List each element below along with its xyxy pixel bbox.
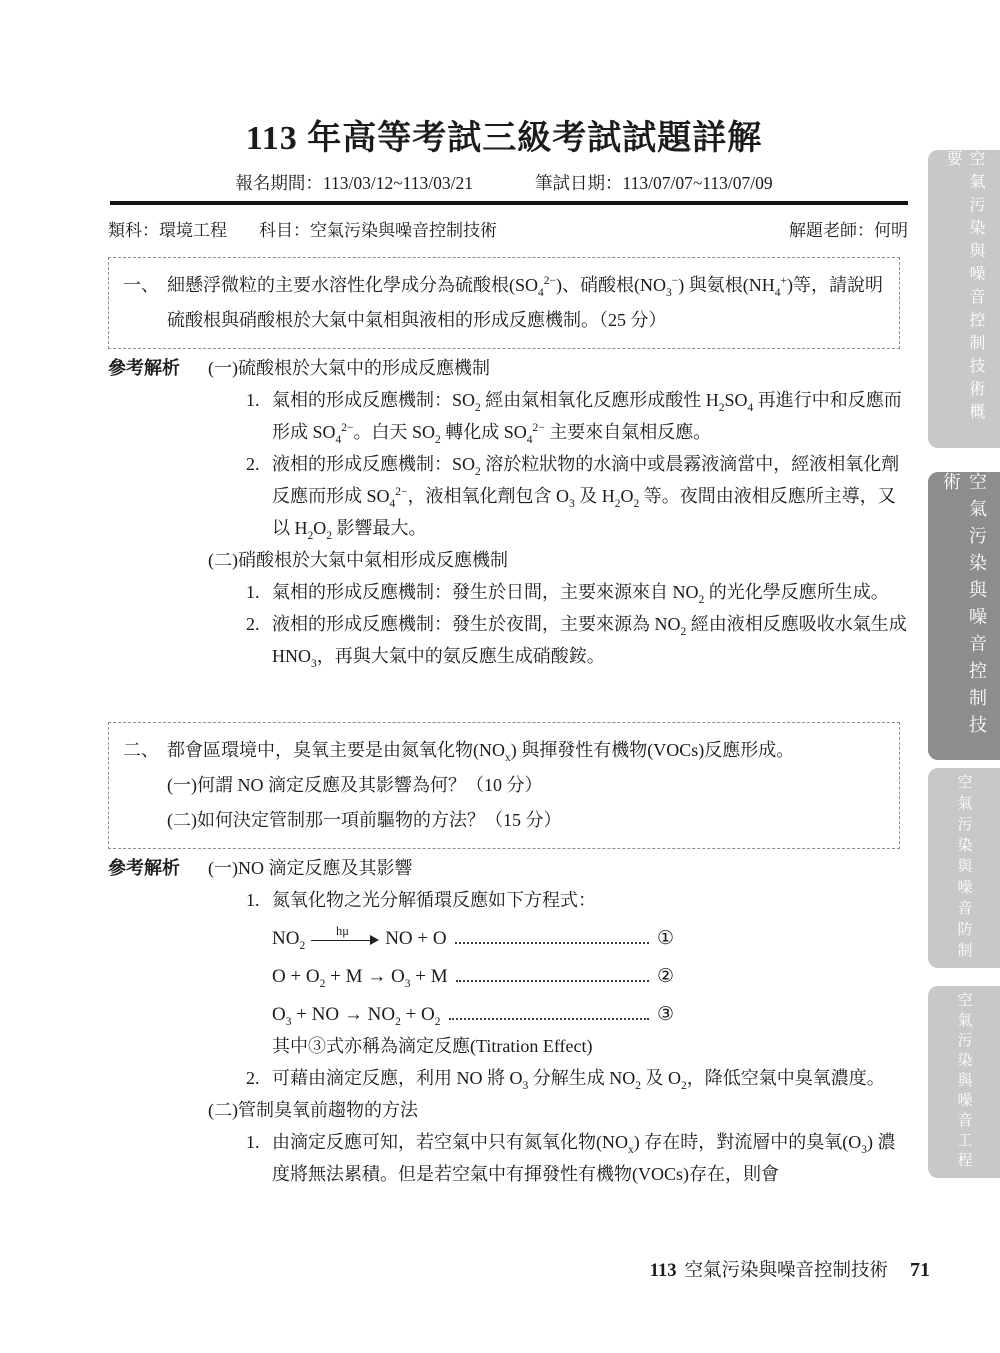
solution-label: 參考解析 [108,852,208,1190]
equation-number: ③ [657,1000,674,1030]
solution-item: 2. 可藉由滴定反應，利用 NO 將 O3 分解生成 NO2 及 O2，降低空氣… [246,1062,908,1094]
solution-item: 1. 氣相的形成反應機制：SO2 經由氣相氧化反應形成酸性 H2SO4 再進行中… [246,384,908,448]
equation-number: ② [657,962,674,992]
question-1: 一、 細懸浮微粒的主要水溶性化學成分為硫酸根(SO42−)、硝酸根(NO3−) … [123,268,887,338]
item-number: 2. [246,448,272,544]
footer-subject: 空氣污染與噪音控制技術 [684,1256,888,1282]
solution-item: 1. 氮氧化物之光分解循環反應如下方程式： [246,884,908,916]
question-2-sub-2: (二)如何決定管制那一項前驅物的方法？（15 分） [167,803,887,838]
item-number: 2. [246,1062,272,1094]
subject-label: 科目：空氣污染與噪音控制技術 [259,216,497,241]
equation-number: ① [657,924,674,954]
question-2-text-block: 都會區環境中，臭氧主要是由氮氧化物(NOx) 與揮發性有機物(VOCs)反應形成… [167,733,887,838]
question-2-sub-1: (一)何謂 NO 滴定反應及其影響為何？（10 分） [167,768,887,803]
sidebar-tab-air-pollution-noise-control-tech-outline: 空氣污染與噪音控制技術概要 [928,150,1000,448]
solution-1-part-1-heading: (一)硫酸根於大氣中的形成反應機制 [208,352,908,384]
page-number: 71 [910,1259,930,1282]
equation-2: O + O2 + M → O3 + M ② [272,954,674,992]
meta-row: 類科：環境工程 科目：空氣污染與噪音控制技術 解題老師：何明 [108,216,908,241]
solution-item: 1. 由滴定反應可知，若空氣中只有氮氧化物(NOx) 存在時，對流層中的臭氧(O… [246,1126,908,1190]
sidebar-tab-air-pollution-noise-engineering: 空氣污染與噪音工程 [928,986,1000,1178]
question-2: 二、 都會區環境中，臭氧主要是由氮氧化物(NOx) 與揮發性有機物(VOCs)反… [123,733,887,838]
sidebar-tab-air-pollution-noise-prevention: 空氣污染與噪音防制 [928,768,1000,968]
item-number: 2. [246,608,272,672]
exam-dates-row: 報名期間：113/03/12~113/03/21 筆試日期：113/07/07~… [100,170,908,195]
item-text: 液相的形成反應機制：SO2 溶於粒狀物的水滴中或晨霧液滴當中，經液相氧化劑反應而… [272,448,908,544]
header-divider [110,201,908,205]
solution-2: 參考解析 (一)NO 滴定反應及其影響 1. 氮氧化物之光分解循環反應如下方程式… [108,852,908,1190]
registration-period: 報名期間：113/03/12~113/03/21 [235,170,473,195]
exam-solution-page: 113 年高等考試三級考試試題詳解 報名期間：113/03/12~113/03/… [0,0,1000,1353]
solution-item: 2. 液相的形成反應機制：SO2 溶於粒狀物的水滴中或晨霧液滴當中，經液相氧化劑… [246,448,908,544]
reaction-arrow: hμ [311,929,379,945]
sidebar-tab-air-pollution-noise-control-tech: 空氣污染與噪音控制技術 [928,472,1000,760]
meta-left: 類科：環境工程 科目：空氣污染與噪音控制技術 [108,216,497,241]
item-text: 可藉由滴定反應，利用 NO 將 O3 分解生成 NO2 及 O2，降低空氣中臭氧… [272,1062,908,1094]
titration-note: 其中③式亦稱為滴定反應(Titration Effect) [272,1030,908,1062]
question-2-number: 二、 [123,733,167,838]
item-number: 1. [246,384,272,448]
question-box-2: 二、 都會區環境中，臭氧主要是由氮氧化物(NOx) 與揮發性有機物(VOCs)反… [108,722,900,849]
item-number: 1. [246,1126,272,1190]
solution-1-body: (一)硫酸根於大氣中的形成反應機制 1. 氣相的形成反應機制：SO2 經由氣相氧… [208,352,908,672]
written-exam-date: 筆試日期：113/07/07~113/07/09 [535,170,773,195]
solution-item: 1. 氣相的形成反應機制：發生於日間，主要來源來自 NO2 的光化學反應所生成。 [246,576,908,608]
equation-3-formula: O3 + NO → NO2 + O2 [272,1000,441,1030]
dotted-leader [449,1018,649,1020]
question-1-text: 細懸浮微粒的主要水溶性化學成分為硫酸根(SO42−)、硝酸根(NO3−) 與氨根… [167,268,887,338]
solution-2-part-1-heading: (一)NO 滴定反應及其影響 [208,852,908,884]
teacher-label: 解題老師：何明 [789,216,908,241]
page-footer: 113 空氣污染與噪音控制技術 71 [650,1256,930,1282]
item-text: 氣相的形成反應機制：SO2 經由氣相氧化反應形成酸性 H2SO4 再進行中和反應… [272,384,908,448]
equation-2-formula: O + O2 + M → O3 + M [272,962,448,992]
question-box-1: 一、 細懸浮微粒的主要水溶性化學成分為硫酸根(SO42−)、硝酸根(NO3−) … [108,257,900,349]
solution-1-part-2-heading: (二)硝酸根於大氣中氣相形成反應機制 [208,544,908,576]
equation-1: NO2hμNO + O ① [272,916,674,954]
page-title: 113 年高等考試三級考試試題詳解 [100,110,908,159]
item-text: 液相的形成反應機制：發生於夜間，主要來源為 NO2 經由液相反應吸收水氣生成 H… [272,608,908,672]
item-number: 1. [246,576,272,608]
item-text: 由滴定反應可知，若空氣中只有氮氧化物(NOx) 存在時，對流層中的臭氧(O3) … [272,1126,908,1190]
solution-label: 參考解析 [108,352,208,672]
footer-year: 113 [650,1261,677,1282]
category-label: 類科：環境工程 [108,216,227,241]
arrow-label: hμ [336,925,349,938]
question-1-number: 一、 [123,268,167,338]
equation-1-formula: NO2hμNO + O [272,924,447,954]
solution-item: 2. 液相的形成反應機制：發生於夜間，主要來源為 NO2 經由液相反應吸收水氣生… [246,608,908,672]
dotted-leader [456,980,649,982]
item-number: 1. [246,884,272,916]
question-2-text: 都會區環境中，臭氧主要是由氮氧化物(NOx) 與揮發性有機物(VOCs)反應形成… [167,733,887,768]
equation-3: O3 + NO → NO2 + O2 ③ [272,992,674,1030]
solution-2-body: (一)NO 滴定反應及其影響 1. 氮氧化物之光分解循環反應如下方程式： NO2… [208,852,908,1190]
solution-2-part-2-heading: (二)管制臭氧前趨物的方法 [208,1094,908,1126]
dotted-leader [455,942,649,944]
item-text: 氮氧化物之光分解循環反應如下方程式： [272,884,908,916]
reaction-equations: NO2hμNO + O ① O + O2 + M → O3 + M ② O3 +… [272,916,674,1030]
solution-1: 參考解析 (一)硫酸根於大氣中的形成反應機制 1. 氣相的形成反應機制：SO2 … [108,352,908,672]
item-text: 氣相的形成反應機制：發生於日間，主要來源來自 NO2 的光化學反應所生成。 [272,576,908,608]
